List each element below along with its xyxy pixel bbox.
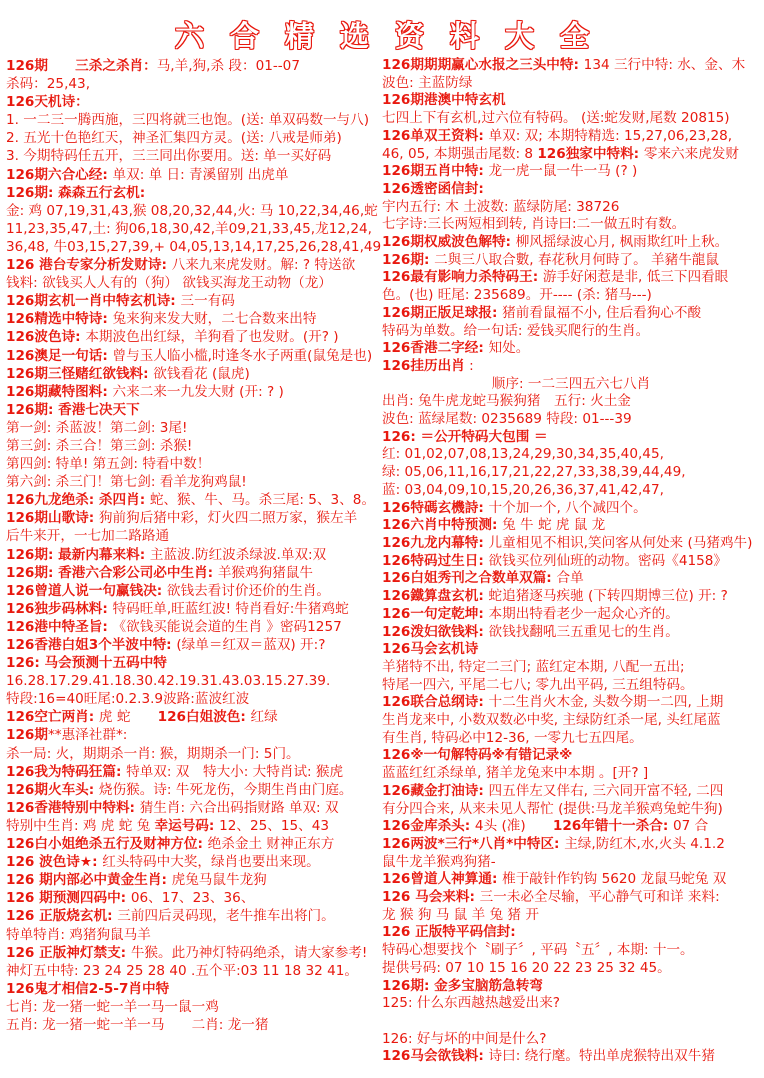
line-label: 126期: 香港七决天下 bbox=[6, 402, 140, 418]
line-label: 126期: 金多宝脑筋急转弯 bbox=[382, 978, 543, 994]
line-label: 126香港白姐3个半波中特: bbox=[6, 637, 176, 653]
line-label: 126马会欲钱料: bbox=[382, 1048, 489, 1064]
text-line: 蓝: 03,04,09,10,15,20,26,36,37,41,42,47, bbox=[382, 482, 760, 500]
line-text: 欲钱买位列仙班的动物。密码《4158》 bbox=[489, 553, 728, 569]
line-label: 126期权威波色解特: bbox=[382, 234, 516, 250]
text-line: 126 期内部必中黄金生肖: 虎兔马鼠牛龙狗 bbox=[6, 871, 382, 889]
line-label: 126波色诗: bbox=[6, 329, 85, 345]
text-line: 126透密函信封: bbox=[382, 181, 760, 199]
line-text: 虎 蛇 bbox=[99, 709, 158, 725]
line-text: 《欲钱买能说会道的生肖 》密码1257 bbox=[113, 619, 342, 635]
line-text: 出肖: 兔牛虎龙蛇马猴狗猪 五行: 火土金 bbox=[382, 393, 631, 409]
line-label: 126期 bbox=[6, 727, 48, 743]
line-label: 126九龙绝杀: 杀四肖: bbox=[6, 492, 150, 508]
line-text: 波色: 主蓝防绿 bbox=[382, 75, 472, 91]
text-line: 126独步码林料: 特码旺单,旺蓝红波! 特肖看好:牛猪鸡蛇 bbox=[6, 600, 382, 618]
line-label: 126白小姐绝杀五行及财神方位: bbox=[6, 836, 208, 852]
line-label: 126: ＝公开特码大包围 ＝ bbox=[382, 429, 548, 445]
line-text: 蓝蓝红红杀绿单, 猪羊龙兔来中本期 。[开? ] bbox=[382, 765, 648, 781]
line-label: 126单双王资料: bbox=[382, 128, 489, 144]
line-text: 3. 今期特码任五开，三三同出你要用。送: 单一买好码 bbox=[6, 148, 331, 164]
line-label: 126曾道人神算通: bbox=[382, 871, 502, 887]
text-line: 126※一句解特码※有错记录※ bbox=[382, 747, 760, 765]
text-line: 2. 五光十色艳红天，神圣汇集四方灵。(送: 八戒是师弟) bbox=[6, 129, 382, 147]
text-line: 126期六合心经: 单双: 单 日: 青溪留别 出虎单 bbox=[6, 166, 382, 184]
line-label: 126最有影响力杀特码王: bbox=[382, 269, 543, 285]
line-text: 07 合 bbox=[673, 818, 708, 834]
line-text: 十个加一个, 八个减四个。 bbox=[489, 500, 647, 516]
line-label: 126期火车头: bbox=[6, 782, 99, 798]
line-text: 特单特肖: 鸡猪狗鼠马羊 bbox=[6, 927, 151, 943]
line-text: 提供号码: 07 10 15 16 20 22 23 25 32 45。 bbox=[382, 960, 671, 976]
text-line: 126期山歌诗: 狗前狗后猪中彩，灯火四二照万家，猴左羊 bbox=[6, 509, 382, 527]
line-text: 神灯五中特: 23 24 25 28 40 .五个平:03 11 18 32 4… bbox=[6, 963, 358, 979]
line-text: 36,48, 牛03,15,27,39,+ 04,05,13,14,17,25,… bbox=[6, 239, 382, 255]
text-line: 七字诗:三长两短相到转, 肖诗曰:二一做五时有数。 bbox=[382, 216, 760, 234]
text-line: 杀一局: 火，期期杀一肖: 猴，期期杀一门: 5门。 bbox=[6, 745, 382, 763]
text-line: 126期: 香港六合彩公司必中生肖: 羊猴鸡狗猪鼠牛 bbox=[6, 564, 382, 582]
text-line: 126泼妇欲钱料: 欲钱找翻吼三五重见七的生肖。 bbox=[382, 624, 760, 642]
text-line: 126鬼才相信2-5-7肖中特 bbox=[6, 980, 382, 998]
line-text: 椎于敲针作钓钩 5620 龙鼠马蛇兔 双 bbox=[502, 871, 726, 887]
line-text: 儿童相见不相识,笑问客从何处来 (马猪鸡牛) bbox=[489, 535, 753, 551]
text-line: 126鐵算盘玄机: 蛇追猪逐马疾驰 (下转四期博三位) 开: ? bbox=[382, 588, 760, 606]
line-text: 四五伴左又伴右, 三六同开富不轻, 二四 bbox=[489, 783, 724, 799]
text-line: 126特码过生日: 欲钱买位列仙班的动物。密码《4158》 bbox=[382, 553, 760, 571]
line-label: 126澳足一句话: bbox=[6, 348, 113, 364]
line-text: 羊猪特不出, 特定二三门; 蓝红定本期, 八配一五出; bbox=[382, 659, 685, 675]
line-text: 欲钱找翻吼三五重见七的生肖。 bbox=[489, 624, 679, 640]
line-text: 欲钱看花 (鼠虎) bbox=[153, 366, 250, 382]
line-text: 46, 05, 本期强击尾数: 8 bbox=[382, 146, 537, 162]
line-label: 126期: bbox=[382, 252, 434, 268]
line-text: 色。(也) 旺尾: 235689。开---- (杀: 猪马---) bbox=[382, 287, 652, 303]
line-text: 二與三八取合數, 春花秋月何時了。 羊豬牛龍鼠 bbox=[434, 252, 719, 268]
text-line: 126一句定乾坤: 本期出特看老少一起众心齐的。 bbox=[382, 606, 760, 624]
line-text: 11,23,35,47,土: 狗06,18,30,42,羊09,21,33,45… bbox=[6, 221, 372, 237]
line-text: 有分四合来, 从来未见人帮忙 (提供:马龙羊猴鸡兔蛇牛狗) bbox=[382, 801, 723, 817]
line-text: 有生肖, 特码必中12-36, 一零九七五四尾。 bbox=[382, 730, 643, 746]
line-label: 126独家中特料: bbox=[537, 146, 644, 162]
line-text: 绿: 05,06,11,16,17,21,22,27,33,38,39,44,4… bbox=[382, 464, 686, 480]
text-line: 126期权威波色解特: 柳风摇绿波心月, 枫雨欺红叶上秋。 bbox=[382, 234, 760, 252]
text-line: 126精选中特诗: 兔来狗来发大财，二七合数来出特 bbox=[6, 310, 382, 328]
line-label: 126 正版特平码信封: bbox=[382, 924, 516, 940]
text-line: 126期正版足球报: 猪前看鼠福不小, 住后看狗心不酸 bbox=[382, 305, 760, 323]
text-line: 有分四合来, 从来未见人帮忙 (提供:马龙羊猴鸡兔蛇牛狗) bbox=[382, 801, 760, 819]
text-line: 126最有影响力杀特码王: 游手好闲惹是非, 低三下四看眼 bbox=[382, 269, 760, 287]
text-line: 46, 05, 本期强击尾数: 8 126独家中特料: 零来六来虎发财 bbox=[382, 146, 760, 164]
line-text: 六来二来一九发大财 (开: ? ) bbox=[113, 384, 284, 400]
line-text: 126: 好与坏的中间是什么? bbox=[382, 1031, 546, 1047]
line-text: 三一未必全尽输，平心静气可和详 来料: bbox=[480, 889, 720, 905]
text-line: 126九龙绝杀: 杀四肖: 蛇、猴、牛、马。杀三尾: 5、3、8。 bbox=[6, 491, 382, 509]
line-text: 红绿 bbox=[251, 709, 278, 725]
line-label: 幸运号码: bbox=[155, 818, 220, 834]
line-text: 125: 什么东西越热越爱出来? bbox=[382, 995, 560, 1011]
text-line: 神灯五中特: 23 24 25 28 40 .五个平:03 11 18 32 4… bbox=[6, 962, 382, 980]
text-line: 126两波*三行*八肖*中特区: 主绿,防红木,水,火头 4.1.2 bbox=[382, 836, 760, 854]
line-text: 兔来狗来发大财，二七合数来出特 bbox=[113, 311, 317, 327]
text-line: 特码为单数。给一句话: 爱钱买爬行的生肖。 bbox=[382, 323, 760, 341]
line-text: 蓝: 03,04,09,10,15,20,26,36,37,41,42,47, bbox=[382, 482, 664, 498]
line-label: 126曾道人说一句赢钱决: bbox=[6, 583, 167, 599]
line-label: 126期五肖中特: bbox=[382, 163, 489, 179]
line-text: 16.28.17.29.41.18.30.42.19.31.43.03.15.2… bbox=[6, 673, 330, 689]
text-line: 蓝蓝红红杀绿单, 猪羊龙兔来中本期 。[开? ] bbox=[382, 765, 760, 783]
line-text: 欲钱去看讨价还价的生肖。 bbox=[167, 583, 330, 599]
line-text: 4头 (准) bbox=[475, 818, 553, 834]
text-line: 色。(也) 旺尾: 235689。开---- (杀: 猪马---) bbox=[382, 287, 760, 305]
line-text: 主绿,防红木,水,火头 4.1.2 bbox=[564, 836, 725, 852]
line-label: 126挂历出肖 bbox=[382, 358, 465, 374]
line-text: 零来六来虎发财 bbox=[644, 146, 739, 162]
text-line: 16.28.17.29.41.18.30.42.19.31.43.03.15.2… bbox=[6, 672, 382, 690]
line-label: 126期藏特图料: bbox=[6, 384, 113, 400]
line-text: 1. 一二三一腾西施，三四将就三也饱。(送: 单双码数一与八) bbox=[6, 112, 369, 128]
line-text: 特段:16=40旺尾:0.2.3.9波路:蓝波红波 bbox=[6, 691, 249, 707]
line-text: 兔 牛 蛇 虎 鼠 龙 bbox=[502, 517, 605, 533]
line-text: 红头特码中大奖，绿肖也要出来现。 bbox=[102, 854, 320, 870]
line-label: 126精选中特诗: bbox=[6, 311, 113, 327]
text-line: 七四上下有玄机,过六位有特码。 (送:蛇发财,尾数 20815) bbox=[382, 110, 760, 128]
text-line: 126挂历出肖 : bbox=[382, 358, 760, 376]
text-line: 波色: 主蓝防绿 bbox=[382, 75, 760, 93]
line-text: 特码心想要找个〝刷子〞, 平码〝五〞, 本期: 十一。 bbox=[382, 942, 694, 958]
text-line: 宇内五行: 木 土波数: 蓝绿防尾: 38726 bbox=[382, 199, 760, 217]
line-label: 126 港台专家分析发财诗: bbox=[6, 257, 172, 273]
line-text: **惠泽社群*: bbox=[48, 727, 127, 743]
text-line bbox=[382, 1013, 760, 1031]
text-line: 126期: 二與三八取合數, 春花秋月何時了。 羊豬牛龍鼠 bbox=[382, 252, 760, 270]
line-label: 126年错十一杀合: bbox=[553, 818, 673, 834]
text-line: 126期 三杀之杀肖：马,羊,狗,杀 段：01--07 bbox=[6, 57, 382, 75]
line-label: 126鬼才相信2-5-7肖中特 bbox=[6, 981, 169, 997]
text-line: 126 港台专家分析发财诗: 八来九来虎发财。解: ? 特送欲 bbox=[6, 256, 382, 274]
line-text: 红: 01,02,07,08,13,24,29,30,34,35,40,45, bbox=[382, 446, 664, 462]
line-text: 2. 五光十色艳红天，神圣汇集四方灵。(送: 八戒是师弟) bbox=[6, 130, 342, 146]
text-line: 126马会玄机诗 bbox=[382, 641, 760, 659]
line-label: 126期三怪赌红欲钱料: bbox=[6, 366, 153, 382]
line-text: 第三剑: 杀三合！第三剑: 杀猴! bbox=[6, 438, 192, 454]
text-line: 126期**惠泽社群*: bbox=[6, 726, 382, 744]
line-text: 狗前狗后猪中彩，灯火四二照万家，猴左羊 bbox=[99, 510, 357, 526]
line-label: 126鐵算盘玄机: bbox=[382, 588, 489, 604]
line-label: 126一句定乾坤: bbox=[382, 606, 489, 622]
line-text: 特码旺单,旺蓝红波! 特肖看好:牛猪鸡蛇 bbox=[113, 601, 349, 617]
text-line: 杀码：25,43, bbox=[6, 75, 382, 93]
text-line: 126藏金打油诗: 四五伴左又伴右, 三六同开富不轻, 二四 bbox=[382, 783, 760, 801]
text-line: 126: 好与坏的中间是什么? bbox=[382, 1031, 760, 1049]
text-line: 126 正版神灯禁支: 牛猴。此乃神灯特码绝杀，请大家参考! bbox=[6, 944, 382, 962]
text-line: 七肖: 龙一猪一蛇一羊一马一鼠一鸡 bbox=[6, 998, 382, 1016]
line-label: 126期: 香港六合彩公司必中生肖: bbox=[6, 565, 218, 581]
text-line: 126我为特码狂篇: 特单双: 双 特大小: 大特肖试: 猴虎 bbox=[6, 763, 382, 781]
line-text: 宇内五行: 木 土波数: 蓝绿防尾: 38726 bbox=[382, 199, 619, 215]
text-line: 126期港澳中特玄机 bbox=[382, 92, 760, 110]
line-text: 鼠牛龙羊猴鸡狗猪- bbox=[382, 854, 496, 870]
line-text: 主蓝波.防红波杀绿波.单双:双 bbox=[150, 547, 326, 563]
line-label: 126天机诗： bbox=[6, 94, 89, 110]
text-line: 126白小姐绝杀五行及财神方位: 绝杀金土 财神正东方 bbox=[6, 835, 382, 853]
line-label: 126透密函信封: bbox=[382, 181, 484, 197]
text-line: 126 马会来料: 三一未必全尽输，平心静气可和详 来料: bbox=[382, 889, 760, 907]
text-line: 126期火车头: 烧伤猴。诗: 牛死龙伤，今期生肖由门庭。 bbox=[6, 781, 382, 799]
text-line: 波色: 蓝绿尾数: 0235689 特段: 01---39 bbox=[382, 411, 760, 429]
text-line: 3. 今期特码任五开，三三同出你要用。送: 单一买好码 bbox=[6, 147, 382, 165]
line-text: 柳风摇绿波心月, 枫雨欺红叶上秋。 bbox=[516, 234, 729, 250]
text-line: 126期: 森森五行玄机: bbox=[6, 184, 382, 202]
right-column: 126期期期赢心水报之三头中特: 134 三行中特: 水、金、木波色: 主蓝防绿… bbox=[382, 57, 760, 1066]
line-label: 126联合总纲诗: bbox=[382, 694, 489, 710]
text-line: 红: 01,02,07,08,13,24,29,30,34,35,40,45, bbox=[382, 446, 760, 464]
line-text: 三前四后灵码现，老牛推车出将门。 bbox=[117, 908, 335, 924]
line-text: 游手好闲惹是非, 低三下四看眼 bbox=[543, 269, 728, 285]
line-text: 波色: 蓝绿尾数: 0235689 特段: 01---39 bbox=[382, 411, 632, 427]
line-text: 烧伤猴。诗: 牛死龙伤，今期生肖由门庭。 bbox=[99, 782, 353, 798]
text-line: 126: ＝公开特码大包围 ＝ bbox=[382, 429, 760, 447]
text-line: 126澳足一句话: 曾与玉人临小槛,时逢冬水子两重(鼠兔是也) bbox=[6, 347, 382, 365]
text-line: 特单特肖: 鸡猪狗鼠马羊 bbox=[6, 926, 382, 944]
line-label: 126特碼玄機詩: bbox=[382, 500, 489, 516]
line-text: 虎兔马鼠牛龙狗 bbox=[172, 872, 267, 888]
line-text: 特尾一四六, 平尾二七八; 零九出平码, 三五组特码。 bbox=[382, 677, 694, 693]
line-text: 五肖: 龙一猪一蛇一羊一马 二肖: 龙一猪 bbox=[6, 1017, 269, 1033]
line-label: 126金库杀头: bbox=[382, 818, 475, 834]
line-label: 126期期期赢心水报之三头中特: bbox=[382, 57, 584, 73]
text-line: 第一剑: 杀蓝波！第二剑: 3尾! bbox=[6, 419, 382, 437]
text-line: 顺序: 一二三四五六七八肖 bbox=[382, 376, 760, 394]
text-line: 126曾道人神算通: 椎于敲针作钓钩 5620 龙鼠马蛇兔 双 bbox=[382, 871, 760, 889]
line-label: 126空亡两肖: bbox=[6, 709, 99, 725]
text-line: 126期期期赢心水报之三头中特: 134 三行中特: 水、金、木 bbox=[382, 57, 760, 75]
line-text: 杀一局: 火，期期杀一肖: 猴，期期杀一门: 5门。 bbox=[6, 746, 300, 762]
text-line: 126空亡两肖: 虎 蛇 126白姐波色: 红绿 bbox=[6, 708, 382, 726]
line-text: 牛猴。此乃神灯特码绝杀，请大家参考! bbox=[131, 945, 368, 961]
line-label: 126 马会来料: bbox=[382, 889, 480, 905]
line-label: 126 期内部必中黄金生肖: bbox=[6, 872, 172, 888]
text-line: 五肖: 龙一猪一蛇一羊一马 二肖: 龙一猪 bbox=[6, 1016, 382, 1034]
text-line: 第四剑: 特单! 第五剑: 特看中数！ bbox=[6, 455, 382, 473]
text-line: 126六肖中特预测: 兔 牛 蛇 虎 鼠 龙 bbox=[382, 517, 760, 535]
line-label: 126期 三杀之杀肖： bbox=[6, 58, 157, 74]
text-line: 126 波色诗★: 红头特码中大奖，绿肖也要出来现。 bbox=[6, 853, 382, 871]
line-text: 第六剑: 杀三门！第七剑: 看羊龙狗鸡鼠! bbox=[6, 474, 247, 490]
line-label: 126期六合心经: bbox=[6, 167, 113, 183]
line-text: 12、25、15、43 bbox=[219, 818, 329, 834]
text-line: 出肖: 兔牛虎龙蛇马猴狗猪 五行: 火土金 bbox=[382, 393, 760, 411]
line-text: 顺序: 一二三四五六七八肖 bbox=[492, 376, 650, 392]
text-line: 生肖龙来中, 小数双数必中奖, 主绿防红杀一尾, 头红尾蓝 bbox=[382, 712, 760, 730]
text-line: 特别中生肖: 鸡 虎 蛇 兔 幸运号码: 12、25、15、43 bbox=[6, 817, 382, 835]
line-text: 第一剑: 杀蓝波！第二剑: 3尾! bbox=[6, 420, 187, 436]
line-text: 特别中生肖: 鸡 虎 蛇 兔 bbox=[6, 818, 155, 834]
text-line: 126九龙内幕特: 儿童相见不相识,笑问客从何处来 (马猪鸡牛) bbox=[382, 535, 760, 553]
text-line: 126单双王资料: 单双: 双; 本期特精选: 15,27,06,23,28, bbox=[382, 128, 760, 146]
line-label: 126六肖中特预测: bbox=[382, 517, 502, 533]
line-text: 八来九来虎发财。解: ? 特送欲 bbox=[172, 257, 356, 273]
text-line: 126期: 香港七决天下 bbox=[6, 401, 382, 419]
text-line: 126 正版特平码信封: bbox=[382, 924, 760, 942]
text-line: 126: 马会预测十五码中特 bbox=[6, 654, 382, 672]
line-label: 126期山歌诗: bbox=[6, 510, 99, 526]
text-line: 特码心想要找个〝刷子〞, 平码〝五〞, 本期: 十一。 bbox=[382, 942, 760, 960]
line-text: 特码为单数。给一句话: 爱钱买爬行的生肖。 bbox=[382, 323, 649, 339]
line-text: 蛇、猴、牛、马。杀三尾: 5、3、8。 bbox=[150, 492, 375, 508]
line-text: 生肖龙来中, 小数双数必中奖, 主绿防红杀一尾, 头红尾蓝 bbox=[382, 712, 721, 728]
line-label: 126九龙内幕特: bbox=[382, 535, 489, 551]
page-title: 六合精选资料大全 bbox=[0, 0, 764, 54]
line-text: 七肖: 龙一猪一蛇一羊一马一鼠一鸡 bbox=[6, 999, 219, 1015]
line-text: 龙 猴 狗 马 鼠 羊 兔 猪 开 bbox=[382, 907, 539, 923]
line-text: 134 三行中特: 水、金、木 bbox=[584, 57, 746, 73]
text-line: 提供号码: 07 10 15 16 20 22 23 25 32 45。 bbox=[382, 960, 760, 978]
line-text: 本期出特看老少一起众心齐的。 bbox=[489, 606, 679, 622]
text-line: 126 期预测四码中: 06、17、23、36、 bbox=[6, 889, 382, 907]
line-text: 猜生肖: 六合出码指财路 单双: 双 bbox=[140, 800, 339, 816]
text-line: 126香港特别中特料: 猜生肖: 六合出码指财路 单双: 双 bbox=[6, 799, 382, 817]
text-line: 126天机诗： bbox=[6, 93, 382, 111]
line-text: 第四剑: 特单! 第五剑: 特看中数！ bbox=[6, 456, 210, 472]
text-line: 126期玄机一肖中特玄机诗: 三一有码 bbox=[6, 292, 382, 310]
line-text: 猪前看鼠福不小, 住后看狗心不酸 bbox=[502, 305, 701, 321]
line-text: 七字诗:三长两短相到转, 肖诗曰:二一做五时有数。 bbox=[382, 216, 685, 232]
text-line: 126白姐秀刊之合数单双篇: 合单 bbox=[382, 570, 760, 588]
text-line: 龙 猴 狗 马 鼠 羊 兔 猪 开 bbox=[382, 907, 760, 925]
text-line: 绿: 05,06,11,16,17,21,22,27,33,38,39,44,4… bbox=[382, 464, 760, 482]
text-line: 金: 鸡 07,19,31,43,猴 08,20,32,44,火: 马 10,2… bbox=[6, 202, 382, 220]
left-column: 126期 三杀之杀肖：马,羊,狗,杀 段：01--07杀码：25,43,126天… bbox=[6, 57, 382, 1066]
line-label: 126马会玄机诗 bbox=[382, 641, 478, 657]
line-text: 十二生肖火木金, 头数今期一二四, 上期 bbox=[489, 694, 724, 710]
line-text: (绿单＝红双＝蓝双) 开:? bbox=[176, 637, 325, 653]
line-text: 单双: 双; 本期特精选: 15,27,06,23,28, bbox=[489, 128, 733, 144]
line-label: 126※一句解特码※有错记录※ bbox=[382, 747, 572, 763]
text-line: 126特碼玄機詩: 十个加一个, 八个减四个。 bbox=[382, 500, 760, 518]
line-text: : bbox=[465, 358, 474, 374]
line-label: 126白姐波色: bbox=[158, 709, 251, 725]
text-line: 126波色诗: 本期波色出红绿，羊狗看了也发财。(开? ) bbox=[6, 328, 382, 346]
text-line: 11,23,35,47,土: 狗06,18,30,42,羊09,21,33,45… bbox=[6, 220, 382, 238]
text-line: 后牛来开，一七加二路路通 bbox=[6, 527, 382, 545]
line-text: 羊猴鸡狗猪鼠牛 bbox=[218, 565, 313, 581]
line-label: 126期: 最新内幕来料: bbox=[6, 547, 150, 563]
text-line: 羊猪特不出, 特定二三门; 蓝红定本期, 八配一五出; bbox=[382, 659, 760, 677]
line-label: 126期正版足球报: bbox=[382, 305, 502, 321]
line-label: 126独步码林料: bbox=[6, 601, 113, 617]
line-label: 126我为特码狂篇: bbox=[6, 764, 126, 780]
text-line: 特尾一四六, 平尾二七八; 零九出平码, 三五组特码。 bbox=[382, 677, 760, 695]
text-line: 126香港二字经: 知处。 bbox=[382, 340, 760, 358]
text-line: 126期藏特图料: 六来二来一九发大财 (开: ? ) bbox=[6, 383, 382, 401]
line-label: 126香港二字经: bbox=[382, 340, 489, 356]
text-line: 126联合总纲诗: 十二生肖火木金, 头数今期一二四, 上期 bbox=[382, 694, 760, 712]
line-label: 126藏金打油诗: bbox=[382, 783, 489, 799]
content-columns: 126期 三杀之杀肖：马,羊,狗,杀 段：01--07杀码：25,43,126天… bbox=[0, 54, 764, 1066]
line-label: 126两波*三行*八肖*中特区: bbox=[382, 836, 564, 852]
line-text: 三一有码 bbox=[180, 293, 234, 309]
text-line: 126香港白姐3个半波中特: (绿单＝红双＝蓝双) 开:? bbox=[6, 636, 382, 654]
line-label: 126 波色诗★: bbox=[6, 854, 102, 870]
text-line: 第三剑: 杀三合！第三剑: 杀猴! bbox=[6, 437, 382, 455]
line-text: 诗曰: 绕行麾。特出单虎猴特出双牛猪 bbox=[489, 1048, 715, 1064]
text-line: 特段:16=40旺尾:0.2.3.9波路:蓝波红波 bbox=[6, 690, 382, 708]
text-line: 第六剑: 杀三门！第七剑: 看羊龙狗鸡鼠! bbox=[6, 473, 382, 491]
line-label: 126: 马会预测十五码中特 bbox=[6, 655, 167, 671]
text-line: 1. 一二三一腾西施，三四将就三也饱。(送: 单双码数一与八) bbox=[6, 111, 382, 129]
text-line: 126 正版烧玄机: 三前四后灵码现，老牛推车出将门。 bbox=[6, 907, 382, 925]
line-text: 本期波色出红绿，羊狗看了也发财。(开? ) bbox=[85, 329, 338, 345]
line-text: 后牛来开，一七加二路路通 bbox=[6, 528, 169, 544]
line-text: 马,羊,狗,杀 段：01--07 bbox=[157, 58, 300, 74]
line-text: 蛇追猪逐马疾驰 (下转四期博三位) 开: ? bbox=[489, 588, 728, 604]
line-text: 知处。 bbox=[489, 340, 530, 356]
text-line: 鼠牛龙羊猴鸡狗猪- bbox=[382, 854, 760, 872]
line-label: 126期: 森森五行玄机: bbox=[6, 185, 145, 201]
text-line: 126期: 金多宝脑筋急转弯 bbox=[382, 978, 760, 996]
text-line: 有生肖, 特码必中12-36, 一零九七五四尾。 bbox=[382, 730, 760, 748]
line-text: 金: 鸡 07,19,31,43,猴 08,20,32,44,火: 马 10,2… bbox=[6, 203, 378, 219]
text-line: 126金库杀头: 4头 (准) 126年错十一杀合: 07 合 bbox=[382, 818, 760, 836]
line-text: 龙一虎一鼠一牛一马 (? ) bbox=[489, 163, 638, 179]
line-label: 126泼妇欲钱料: bbox=[382, 624, 489, 640]
line-label: 126特码过生日: bbox=[382, 553, 489, 569]
line-text: 特单双: 双 特大小: 大特肖试: 猴虎 bbox=[126, 764, 343, 780]
line-text: 单双: 单 日: 青溪留别 出虎单 bbox=[113, 167, 289, 183]
text-line: 126期: 最新内幕来料: 主蓝波.防红波杀绿波.单双:双 bbox=[6, 546, 382, 564]
text-line: 125: 什么东西越热越爱出来? bbox=[382, 995, 760, 1013]
text-line: 钱料: 欲钱买人人有的（狗） 欲钱买海龙王动物（龙） bbox=[6, 274, 382, 292]
line-label: 126白姐秀刊之合数单双篇: bbox=[382, 570, 556, 586]
text-line: 126曾道人说一句赢钱决: 欲钱去看讨价还价的生肖。 bbox=[6, 582, 382, 600]
line-text: 曾与玉人临小槛,时逢冬水子两重(鼠兔是也) bbox=[113, 348, 373, 364]
text-line: 36,48, 牛03,15,27,39,+ 04,05,13,14,17,25,… bbox=[6, 238, 382, 256]
line-text: 合单 bbox=[556, 570, 583, 586]
text-line: 126马会欲钱料: 诗曰: 绕行麾。特出单虎猴特出双牛猪 bbox=[382, 1048, 760, 1066]
line-label: 126港中特圣旨: bbox=[6, 619, 113, 635]
line-text: 钱料: 欲钱买人人有的（狗） 欲钱买海龙王动物（龙） bbox=[6, 275, 332, 291]
line-label: 126 正版神灯禁支: bbox=[6, 945, 131, 961]
line-label: 126 正版烧玄机: bbox=[6, 908, 117, 924]
line-text: 杀码：25,43, bbox=[6, 76, 90, 92]
text-line: 126期五肖中特: 龙一虎一鼠一牛一马 (? ) bbox=[382, 163, 760, 181]
line-label: 126期玄机一肖中特玄机诗: bbox=[6, 293, 180, 309]
line-text: 七四上下有玄机,过六位有特码。 (送:蛇发财,尾数 20815) bbox=[382, 110, 730, 126]
line-text: 绝杀金土 财神正东方 bbox=[208, 836, 335, 852]
line-label: 126期港澳中特玄机 bbox=[382, 92, 506, 108]
text-line: 126期三怪赌红欲钱料: 欲钱看花 (鼠虎) bbox=[6, 365, 382, 383]
text-line: 126港中特圣旨: 《欲钱买能说会道的生肖 》密码1257 bbox=[6, 618, 382, 636]
line-label: 126 期预测四码中: bbox=[6, 890, 131, 906]
line-text: 06、17、23、36、 bbox=[131, 890, 255, 906]
line-label: 126香港特别中特料: bbox=[6, 800, 140, 816]
